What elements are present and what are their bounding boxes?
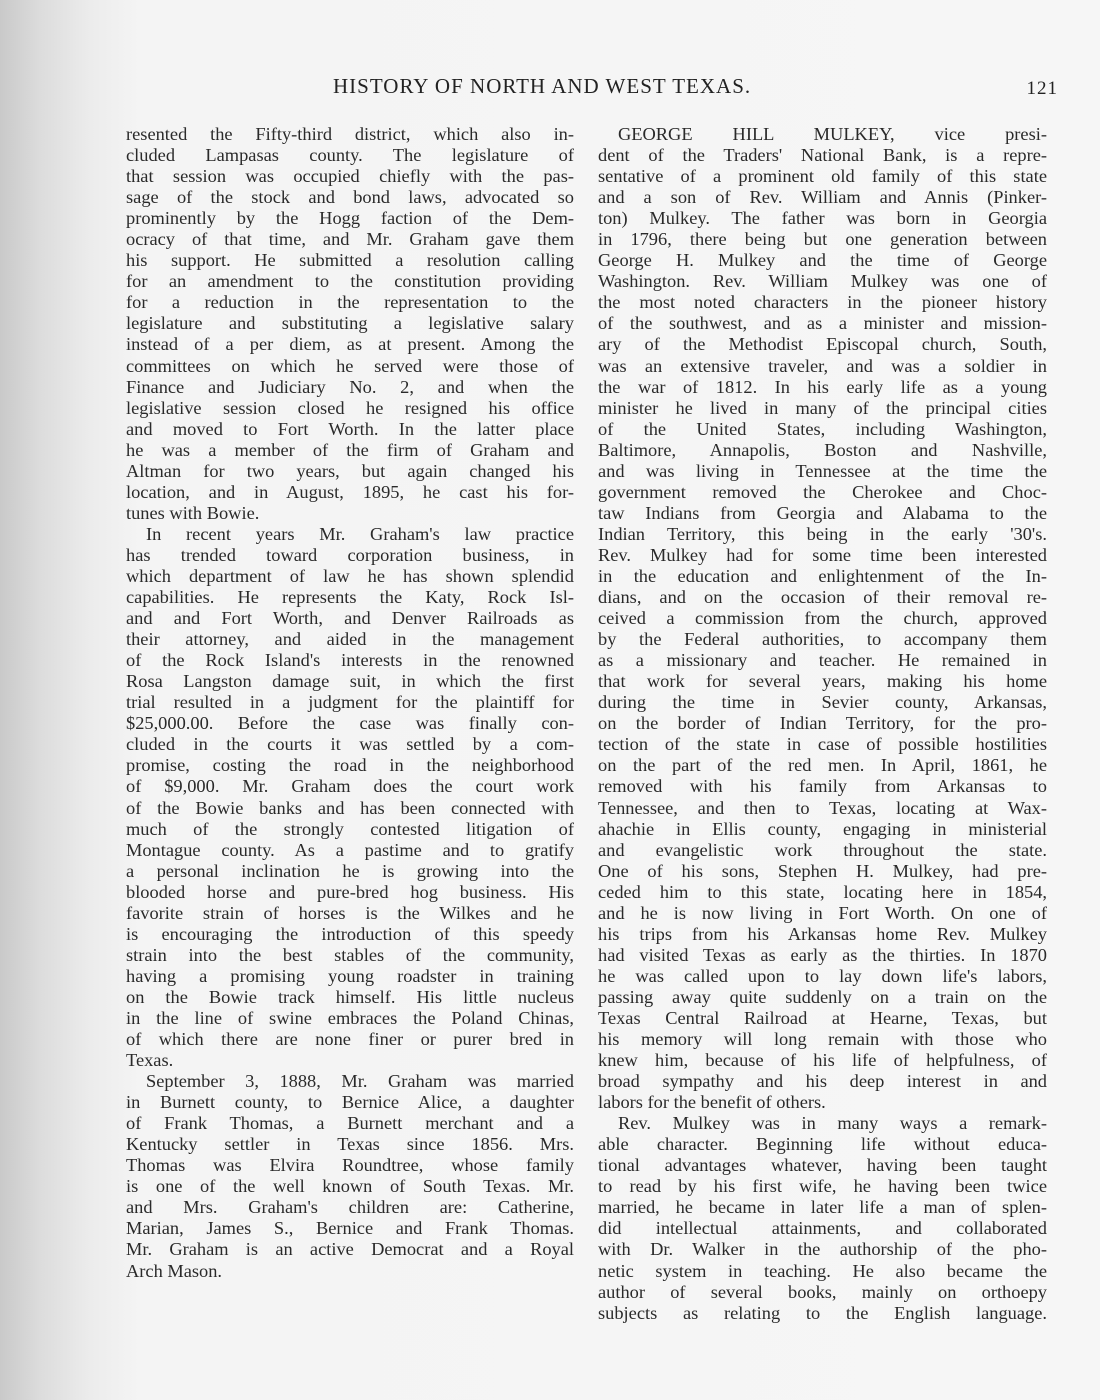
- text-line: and evangelistic work throughout the sta…: [598, 840, 1047, 861]
- text-line: Rev. Mulkey was in many ways a remark-: [598, 1113, 1047, 1134]
- text-line: prominently by the Hogg faction of the D…: [126, 208, 574, 229]
- text-line: in 1796, there being but one generation …: [598, 229, 1047, 250]
- text-line: a personal inclination he is growing int…: [126, 861, 574, 882]
- text-line: ceded him to this state, locating here i…: [598, 882, 1047, 903]
- text-line: his support. He submitted a resolution c…: [126, 250, 574, 271]
- text-line: with Dr. Walker in the authorship of the…: [598, 1239, 1047, 1260]
- text-line: did intellectual attainments, and collab…: [598, 1218, 1047, 1239]
- text-line: $25,000.00. Before the case was finally …: [126, 713, 574, 734]
- text-line: and he is now living in Fort Worth. On o…: [598, 903, 1047, 924]
- text-line: Kentucky settler in Texas since 1856. Mr…: [126, 1134, 574, 1155]
- text-line: location, and in August, 1895, he cast h…: [126, 482, 574, 503]
- text-line: and a son of Rev. William and Annis (Pin…: [598, 187, 1047, 208]
- text-line: as a missionary and teacher. He remained…: [598, 650, 1047, 671]
- text-line: cluded Lampasas county. The legislature …: [126, 145, 574, 166]
- text-line: of the United States, including Washingt…: [598, 419, 1047, 440]
- text-line: his memory will long remain with those w…: [598, 1029, 1047, 1050]
- text-line: cluded in the courts it was settled by a…: [126, 734, 574, 755]
- text-line: trial resulted in a judgment for the pla…: [126, 692, 574, 713]
- text-line: for an amendment to the constitution pro…: [126, 271, 574, 292]
- text-line: of the Bowie banks and has been connecte…: [126, 798, 574, 819]
- text-line: Montague county. As a pastime and to gra…: [126, 840, 574, 861]
- text-line: instead of a per diem, as at present. Am…: [126, 334, 574, 355]
- text-line: and Mrs. Graham's children are: Catherin…: [126, 1197, 574, 1218]
- text-line: for a reduction in the representation to…: [126, 292, 574, 313]
- text-line: blooded horse and pure-bred hog business…: [126, 882, 574, 903]
- text-line: his trips from his Arkansas home Rev. Mu…: [598, 924, 1047, 945]
- text-line: author of several books, mainly on ortho…: [598, 1282, 1047, 1303]
- page-number: 121: [1027, 78, 1059, 100]
- text-line: legislative session closed he resigned h…: [126, 398, 574, 419]
- text-line: able character. Beginning life without e…: [598, 1134, 1047, 1155]
- text-line: Mr. Graham is an active Democrat and a R…: [126, 1239, 574, 1260]
- text-line: that session was occupied chiefly with t…: [126, 166, 574, 187]
- text-line: the most noted characters in the pioneer…: [598, 292, 1047, 313]
- text-line: married, he became in later life a man o…: [598, 1197, 1047, 1218]
- text-line: of the Rock Island's interests in the re…: [126, 650, 574, 671]
- right-column: GEORGE HILL MULKEY, vice presi-dent of t…: [598, 124, 1047, 1324]
- text-line: Thomas was Elvira Roundtree, whose famil…: [126, 1155, 574, 1176]
- text-line: dent of the Traders' National Bank, is a…: [598, 145, 1047, 166]
- text-line: ton) Mulkey. The father was born in Geor…: [598, 208, 1047, 229]
- text-line: One of his sons, Stephen H. Mulkey, had …: [598, 861, 1047, 882]
- text-line: broad sympathy and his deep interest in …: [598, 1071, 1047, 1092]
- text-line: minister he lived in many of the princip…: [598, 398, 1047, 419]
- text-line: Finance and Judiciary No. 2, and when th…: [126, 377, 574, 398]
- text-line: Altman for two years, but again changed …: [126, 461, 574, 482]
- text-line: removed with his family from Arkansas to: [598, 776, 1047, 797]
- text-line: of which there are none finer or purer b…: [126, 1029, 574, 1050]
- text-line: committees on which he served were those…: [126, 356, 574, 377]
- text-line: and was living in Tennessee at the time …: [598, 461, 1047, 482]
- text-line: to read by his first wife, he having bee…: [598, 1176, 1047, 1197]
- text-line: is encouraging the introduction of this …: [126, 924, 574, 945]
- text-line: George H. Mulkey and the time of George: [598, 250, 1047, 271]
- text-line: knew him, because of his life of helpful…: [598, 1050, 1047, 1071]
- running-title: HISTORY OF NORTH AND WEST TEXAS.: [333, 74, 751, 99]
- text-line: Arch Mason.: [126, 1261, 574, 1282]
- text-line: taw Indians from Georgia and Alabama to …: [598, 503, 1047, 524]
- text-line: he was called upon to lay down life's la…: [598, 966, 1047, 987]
- text-line: Texas.: [126, 1050, 574, 1071]
- text-line: the war of 1812. In his early life as a …: [598, 377, 1047, 398]
- text-line: subjects as relating to the English lang…: [598, 1303, 1047, 1324]
- book-page: HISTORY OF NORTH AND WEST TEXAS. 121 res…: [0, 0, 1100, 1400]
- text-line: during the time in Sevier county, Arkans…: [598, 692, 1047, 713]
- text-line: which department of law he has shown spl…: [126, 566, 574, 587]
- text-line: September 3, 1888, Mr. Graham was marrie…: [126, 1071, 574, 1092]
- text-line: had visited Texas as early as the thirti…: [598, 945, 1047, 966]
- text-line: Tennessee, and then to Texas, locating a…: [598, 798, 1047, 819]
- text-line: Rosa Langston damage suit, in which the …: [126, 671, 574, 692]
- text-line: Texas Central Railroad at Hearne, Texas,…: [598, 1008, 1047, 1029]
- text-line: ocracy of that time, and Mr. Graham gave…: [126, 229, 574, 250]
- text-line: dians, and on the occasion of their remo…: [598, 587, 1047, 608]
- text-line: ahachie in Ellis county, engaging in min…: [598, 819, 1047, 840]
- text-line: in the education and enlightenment of th…: [598, 566, 1047, 587]
- text-line: promise, costing the road in the neighbo…: [126, 755, 574, 776]
- text-line: having a promising young roadster in tra…: [126, 966, 574, 987]
- text-line: their attorney, and aided in the managem…: [126, 629, 574, 650]
- text-line: in the line of swine embraces the Poland…: [126, 1008, 574, 1029]
- text-line: strain into the best stables of the comm…: [126, 945, 574, 966]
- text-line: Marian, James S., Bernice and Frank Thom…: [126, 1218, 574, 1239]
- text-line: tional advantages whatever, having been …: [598, 1155, 1047, 1176]
- text-line: he was a member of the firm of Graham an…: [126, 440, 574, 461]
- text-line: Washington. Rev. William Mulkey was one …: [598, 271, 1047, 292]
- left-column: resented the Fifty-third district, which…: [126, 124, 574, 1282]
- text-line: on the part of the red men. In April, 18…: [598, 755, 1047, 776]
- text-line: on the Bowie track himself. His little n…: [126, 987, 574, 1008]
- text-line: Baltimore, Annapolis, Boston and Nashvil…: [598, 440, 1047, 461]
- text-line: Indian Territory, this being in the earl…: [598, 524, 1047, 545]
- text-line: by the Federal authorities, to accompany…: [598, 629, 1047, 650]
- text-line: netic system in teaching. He also became…: [598, 1261, 1047, 1282]
- text-line: and and Fort Worth, and Denver Railroads…: [126, 608, 574, 629]
- text-line: was an extensive traveler, and was a sol…: [598, 356, 1047, 377]
- text-line: much of the strongly contested litigatio…: [126, 819, 574, 840]
- text-line: is one of the well known of South Texas.…: [126, 1176, 574, 1197]
- text-line: and moved to Fort Worth. In the latter p…: [126, 419, 574, 440]
- text-line: legislature and substituting a legislati…: [126, 313, 574, 334]
- text-line: ceived a commission from the church, app…: [598, 608, 1047, 629]
- text-line: ary of the Methodist Episcopal church, S…: [598, 334, 1047, 355]
- text-line: In recent years Mr. Graham's law practic…: [126, 524, 574, 545]
- text-line: Rev. Mulkey had for some time been inter…: [598, 545, 1047, 566]
- text-line: labors for the benefit of others.: [598, 1092, 1047, 1113]
- text-line: government removed the Cherokee and Choc…: [598, 482, 1047, 503]
- text-line: sentative of a prominent old family of t…: [598, 166, 1047, 187]
- text-line: in Burnett county, to Bernice Alice, a d…: [126, 1092, 574, 1113]
- text-line: of the southwest, and as a minister and …: [598, 313, 1047, 334]
- text-line: has trended toward corporation business,…: [126, 545, 574, 566]
- text-line: sage of the stock and bond laws, advocat…: [126, 187, 574, 208]
- text-line: of Frank Thomas, a Burnett merchant and …: [126, 1113, 574, 1134]
- text-line: capabilities. He represents the Katy, Ro…: [126, 587, 574, 608]
- text-line: GEORGE HILL MULKEY, vice presi-: [598, 124, 1047, 145]
- text-line: passing away quite suddenly on a train o…: [598, 987, 1047, 1008]
- text-line: of $9,000. Mr. Graham does the court wor…: [126, 776, 574, 797]
- text-line: tunes with Bowie.: [126, 503, 574, 524]
- text-line: on the border of Indian Territory, for t…: [598, 713, 1047, 734]
- text-line: that work for several years, making his …: [598, 671, 1047, 692]
- text-line: resented the Fifty-third district, which…: [126, 124, 574, 145]
- text-line: favorite strain of horses is the Wilkes …: [126, 903, 574, 924]
- text-line: tection of the state in case of possible…: [598, 734, 1047, 755]
